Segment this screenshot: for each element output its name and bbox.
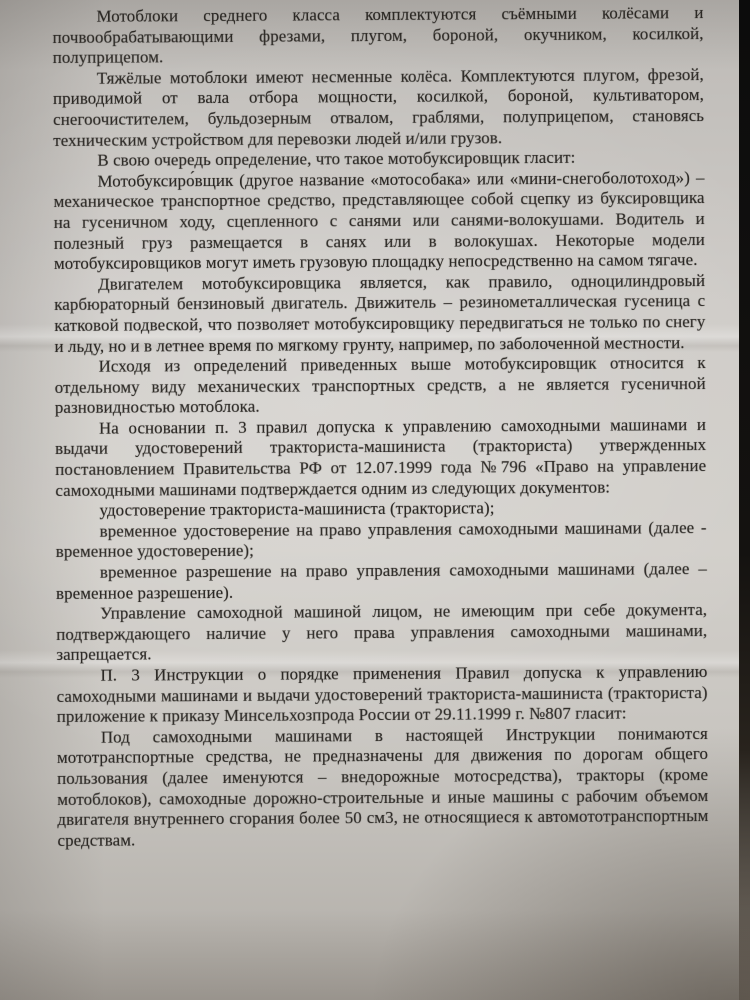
- paragraph: На основании п. 3 правил допуска к управ…: [55, 415, 706, 501]
- paragraph: Под самоходными машинами в настоящей Инс…: [57, 724, 709, 852]
- photographed-document-page: Мотоблоки среднего класса комплектуются …: [0, 0, 750, 1000]
- document-text-block: Мотоблоки среднего класса комплектуются …: [52, 3, 708, 851]
- paragraph: Мотоблоки среднего класса комплектуются …: [52, 3, 703, 69]
- paragraph: П. 3 Инструкции о порядке применения Пра…: [56, 662, 707, 728]
- photo-background-edge: [739, 0, 750, 1000]
- paragraph-list-item: временное удостоверение на право управле…: [56, 518, 707, 563]
- paragraph: Мотобуксиро́вщик (другое название «мотос…: [53, 168, 705, 275]
- paragraph: Исходя из определений приведенных выше м…: [55, 353, 706, 419]
- paragraph-list-item: временное разрешение на право управления…: [56, 559, 707, 604]
- paragraph: Управление самоходной машиной лицом, не …: [56, 600, 707, 666]
- paragraph: Двигателем мотобуксировщика является, ка…: [54, 271, 705, 357]
- paragraph: Тяжёлые мотоблоки имеют несменные колёса…: [53, 65, 704, 151]
